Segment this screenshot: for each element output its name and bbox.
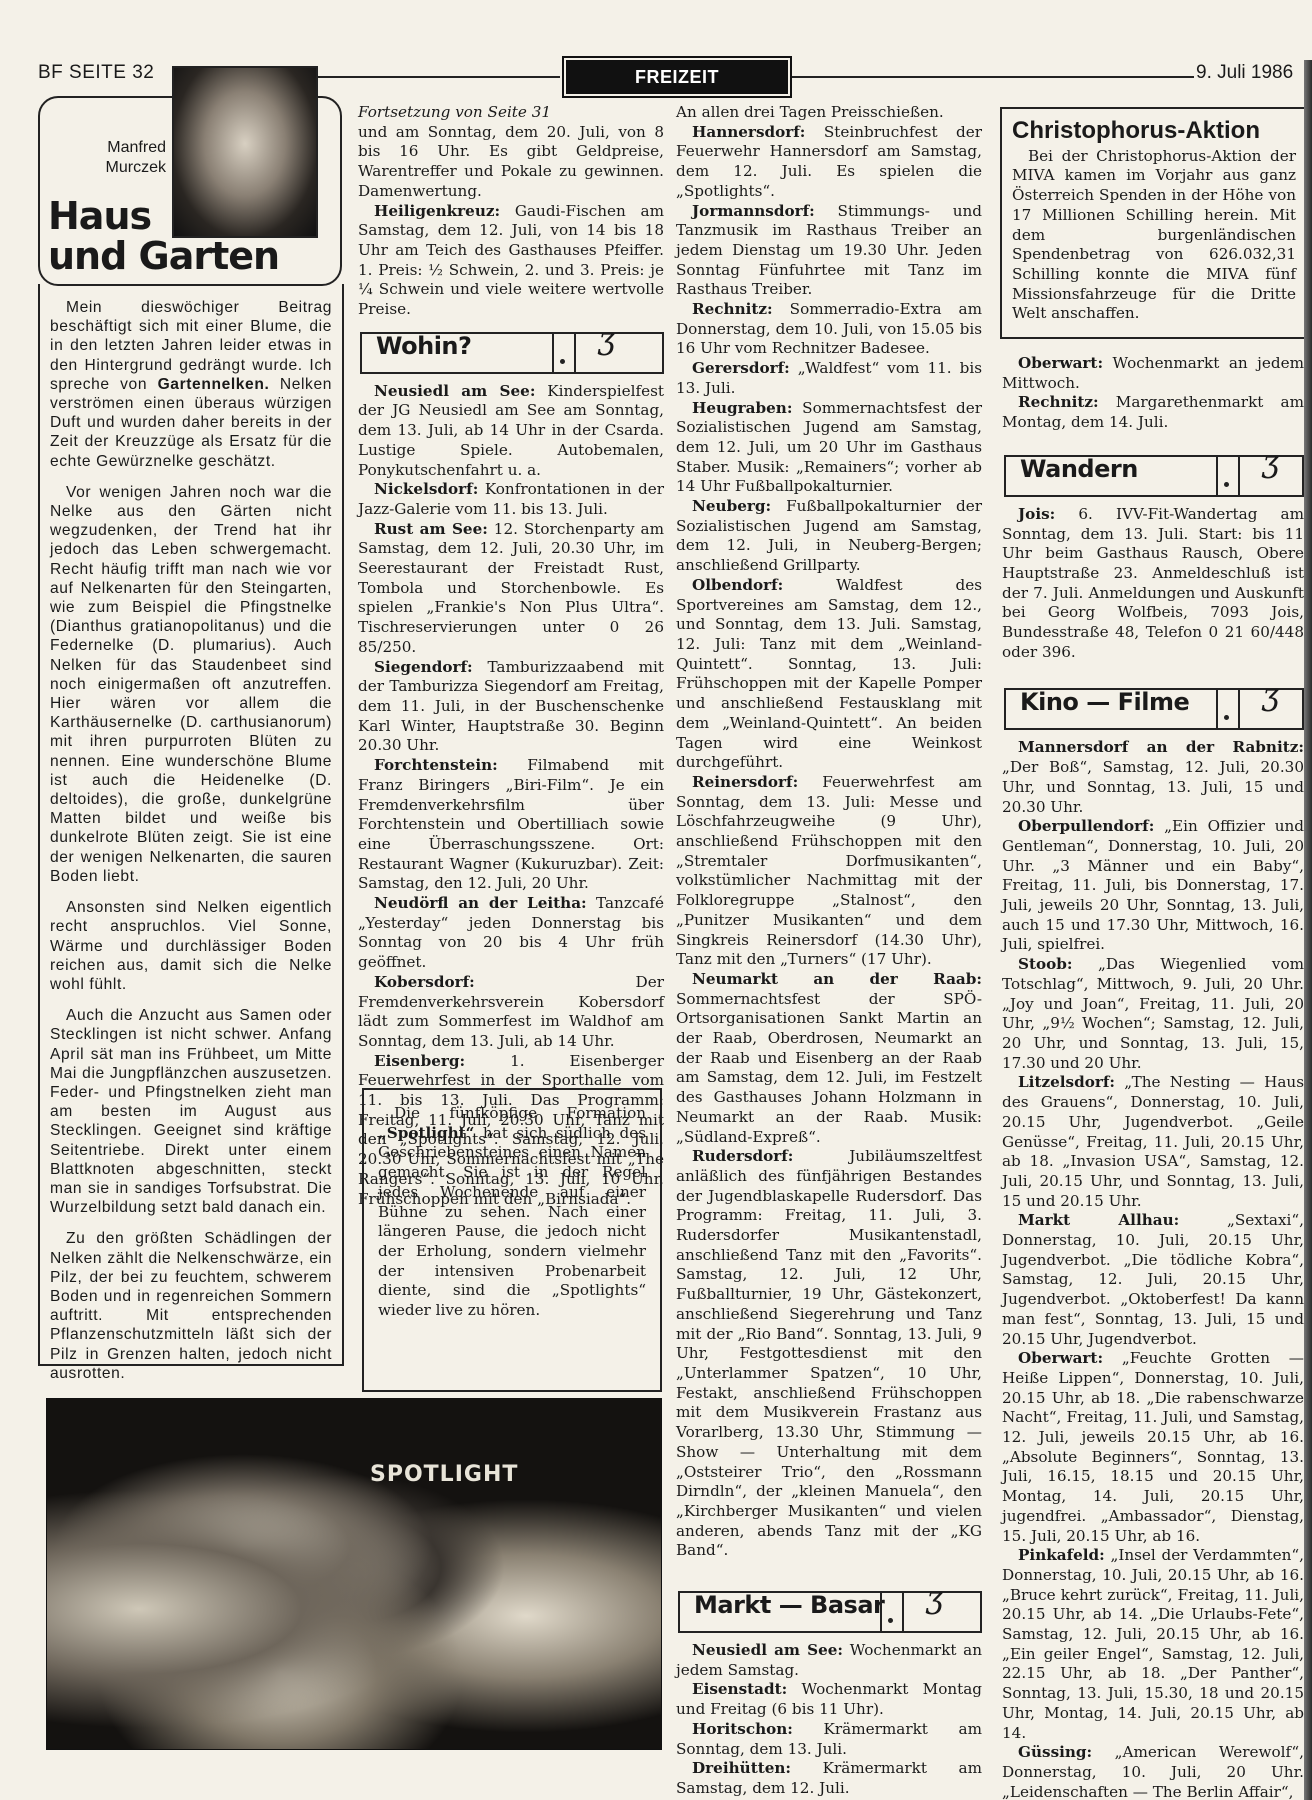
christophorus-box: Christophorus-Aktion Bei der Christophor… xyxy=(1000,107,1308,339)
section-header-kino: Kino — Filme ʒ xyxy=(1004,688,1304,730)
column-title: Haus und Garten xyxy=(48,196,279,276)
event-entry: Rust am See: 12. Storchenparty am Samsta… xyxy=(358,520,664,658)
section-header-wohin: Wohin? ʒ xyxy=(360,332,664,374)
event-entry: Heiligenkreuz: Gaudi-Fischen am Samstag,… xyxy=(358,202,664,320)
continuation-note: Fortsetzung von Seite 31 xyxy=(358,103,664,123)
markt-entries: Neusiedl am See: Wochenmarkt an jedem Sa… xyxy=(676,1641,982,1799)
event-entry: Eisenstadt: Wochenmarkt Montag und Freit… xyxy=(676,1680,982,1719)
event-text: „Der Boß“, Samstag, 12. Juli, 20.30 Uhr,… xyxy=(1002,758,1304,815)
continuation-entries: Heiligenkreuz: Gaudi-Fischen am Samstag,… xyxy=(358,202,664,320)
issue-date: 9. Juli 1986 xyxy=(1196,62,1293,84)
paragraph-text: Vor wenigen Jahren noch war die Nelke au… xyxy=(50,484,332,885)
event-entry: Neuberg: Fußballpokalturnier der Soziali… xyxy=(676,497,982,576)
divider xyxy=(880,1593,882,1631)
divider xyxy=(1216,690,1218,728)
page-edge-shadow xyxy=(1304,60,1312,1800)
divider xyxy=(1216,457,1218,495)
event-place: Heugraben: xyxy=(692,399,792,417)
events-column-2: Fortsetzung von Seite 31 und am Sonntag,… xyxy=(358,103,664,1209)
section-title: Wohin? xyxy=(376,337,471,357)
event-place: Oberwart: xyxy=(1018,354,1103,372)
event-entry: Oberwart: „Feuchte Grotten — Heiße Lippe… xyxy=(1002,1349,1304,1546)
event-place: Dreihütten: xyxy=(692,1759,791,1777)
event-place: Eisenberg: xyxy=(374,1052,465,1070)
event-text: 12. Storchenparty am Samstag, dem 12. Ju… xyxy=(358,520,664,656)
event-entry: Jormannsdorf: Stimmungs- und Tanzmusik i… xyxy=(676,202,982,301)
event-entry: Neusiedl am See: Wochenmarkt an jedem Sa… xyxy=(676,1641,982,1680)
pointing-hand-icon: ʒ xyxy=(598,330,615,350)
event-text: „Sextaxi“, Donnerstag, 10. Juli, 20.15 U… xyxy=(1002,1211,1304,1347)
event-text: Feuerwehrfest am Sonntag, dem 13. Juli: … xyxy=(676,773,982,968)
event-entry: Horitschon: Krämermarkt am Sonntag, dem … xyxy=(676,1720,982,1759)
event-entry: Stoob: „Das Wiegenlied vom Totschlag“, M… xyxy=(1002,955,1304,1073)
event-entry: Nickelsdorf: Konfrontationen in der Jazz… xyxy=(358,480,664,519)
event-place: Mannersdorf an der Rabnitz: xyxy=(1018,738,1304,756)
column-title-line1: Haus xyxy=(48,196,279,236)
event-text: Jubiläumszeltfest anläßlich des fünfjähr… xyxy=(676,1147,982,1559)
wohin-entries-continued: Hannersdorf: Steinbruchfest der Feuerweh… xyxy=(676,123,982,1561)
event-place: Markt Allhau: xyxy=(1018,1211,1179,1229)
event-place: Gerersdorf: xyxy=(692,359,790,377)
event-entry: Dreihütten: Krämermarkt am Samstag, dem … xyxy=(676,1759,982,1798)
event-entry: Oberpullendorf: „Ein Offizier und Gentle… xyxy=(1002,817,1304,955)
article-paragraph: Auch die Anzucht aus Samen oder Stecklin… xyxy=(50,1006,332,1217)
markt-entries-continued: Oberwart: Wochenmarkt an jedem Mittwoch.… xyxy=(1002,354,1304,433)
event-text: Filmabend mit Franz Biringers „Biri-Film… xyxy=(358,756,664,892)
event-text: „The Nesting — Haus des Grauens“, Donner… xyxy=(1002,1073,1304,1209)
event-place: Rudersdorf: xyxy=(692,1147,793,1165)
dot-icon xyxy=(1224,715,1229,720)
wandern-entries: Jois: 6. IVV-Fit-Wandertag am Sonntag, d… xyxy=(1002,505,1304,663)
author-last: Murczek xyxy=(86,158,166,178)
event-place: Horitschon: xyxy=(692,1720,793,1738)
event-entry: Heugraben: Sommernachtsfest der Sozialis… xyxy=(676,399,982,498)
event-place: Rechnitz: xyxy=(692,300,773,318)
event-place: Pinkafeld: xyxy=(1018,1546,1105,1564)
event-entry: Neumarkt an der Raab: Sommernachtsfest d… xyxy=(676,970,982,1147)
event-place: Neusiedl am See: xyxy=(692,1641,843,1659)
event-place: Forchtenstein: xyxy=(374,756,498,774)
header-rule xyxy=(290,76,560,78)
section-label: FREIZEIT xyxy=(566,60,788,94)
event-place: Rechnitz: xyxy=(1018,393,1099,411)
event-entry: Rudersdorf: Jubiläumszeltfest anläßlich … xyxy=(676,1147,982,1561)
event-entry: Oberwart: Wochenmarkt an jedem Mittwoch. xyxy=(1002,354,1304,393)
event-place: Nickelsdorf: xyxy=(374,480,478,498)
event-entry: Mannersdorf an der Rabnitz: „Der Boß“, S… xyxy=(1002,738,1304,817)
event-entry: Rechnitz: Sommerradio-Extra am Donnersta… xyxy=(676,300,982,359)
highlight-term: Gartennelken. xyxy=(158,376,270,393)
event-place: Litzelsdorf: xyxy=(1018,1073,1115,1091)
column-title-line2: und Garten xyxy=(48,236,279,276)
event-place: Jois: xyxy=(1018,505,1055,523)
kino-entries: Mannersdorf an der Rabnitz: „Der Boß“, S… xyxy=(1002,738,1304,1800)
event-place: Neumarkt an der Raab: xyxy=(692,970,982,988)
paragraph-text: Zu den größten Schädlingen der Nelken zä… xyxy=(50,1230,332,1381)
spotlight-box: Die fünfköpfige Formation „Spotlight“ ha… xyxy=(362,1088,662,1392)
event-place: Güssing: xyxy=(1018,1743,1092,1761)
events-column-3: An allen drei Tagen Preisschießen. Hanne… xyxy=(676,103,982,1799)
event-entry: Markt Allhau: „Sextaxi“, Donnerstag, 10.… xyxy=(1002,1211,1304,1349)
paragraph-text: Ansonsten sind Nelken eigentlich recht a… xyxy=(50,899,332,993)
band-name: „Spotlight“ xyxy=(378,1124,474,1142)
event-place: Neusiedl am See: xyxy=(374,382,535,400)
event-entry: Rechnitz: Margarethenmarkt am Montag, de… xyxy=(1002,393,1304,432)
event-entry: Forchtenstein: Filmabend mit Franz Birin… xyxy=(358,756,664,894)
article-paragraph: Zu den größten Schädlingen der Nelken zä… xyxy=(50,1229,332,1383)
event-place: Hannersdorf: xyxy=(692,123,805,141)
pointing-hand-icon: ʒ xyxy=(1262,453,1279,473)
event-entry: Kobersdorf: Der Fremdenverkehrsverein Ko… xyxy=(358,973,664,1052)
event-place: Stoob: xyxy=(1018,955,1072,973)
event-place: Olbendorf: xyxy=(692,576,783,594)
dot-icon xyxy=(560,359,565,364)
article-paragraph: Mein dieswöchiger Beitrag beschäftigt si… xyxy=(50,298,332,471)
divider xyxy=(552,334,554,372)
pointing-hand-icon: ʒ xyxy=(1262,686,1279,706)
section-title: Wandern xyxy=(1020,460,1138,480)
paragraph-text: Auch die Anzucht aus Samen oder Stecklin… xyxy=(50,1007,332,1216)
continuation-text: und am Sonntag, dem 20. Juli, von 8 bis … xyxy=(358,123,664,202)
events-column-4: Oberwart: Wochenmarkt an jedem Mittwoch.… xyxy=(1002,354,1304,1800)
event-entry: Güssing: „American Werewolf“, Donnerstag… xyxy=(1002,1743,1304,1800)
event-text: „Feuchte Grotten — Heiße Lippen“, Donner… xyxy=(1002,1349,1304,1544)
christophorus-title: Christophorus-Aktion xyxy=(1012,121,1306,141)
christophorus-text: Bei der Christophorus-Aktion der MIVA ka… xyxy=(1012,147,1296,324)
divider xyxy=(1238,690,1240,728)
article-paragraph: Ansonsten sind Nelken eigentlich recht a… xyxy=(50,898,332,994)
divider xyxy=(1238,457,1240,495)
event-place: Neudörfl an der Leitha: xyxy=(374,894,587,912)
event-text: Waldfest des Sportvereines am Samstag, d… xyxy=(676,576,982,771)
photo-sign-text: SPOTLIGHT xyxy=(370,1462,518,1487)
event-place: Neuberg: xyxy=(692,497,771,515)
event-text: 6. IVV-Fit-Wandertag am Sonntag, dem 13.… xyxy=(1002,505,1304,661)
event-entry: Neusiedl am See: Kinderspielfest der JG … xyxy=(358,382,664,481)
section-header-wandern: Wandern ʒ xyxy=(1004,455,1304,497)
author-name: Manfred Murczek xyxy=(86,138,166,178)
column-body: Mein dieswöchiger Beitrag beschäftigt si… xyxy=(50,298,332,1395)
author-first: Manfred xyxy=(86,138,166,158)
header-rule xyxy=(792,76,1194,78)
event-entry: Litzelsdorf: „The Nesting — Haus des Gra… xyxy=(1002,1073,1304,1211)
divider xyxy=(902,1593,904,1631)
section-title: Kino — Filme xyxy=(1020,693,1189,713)
event-entry: Neudörfl an der Leitha: Tanzcafé „Yester… xyxy=(358,894,664,973)
event-place: Oberwart: xyxy=(1018,1349,1103,1367)
event-text: Sommernachtsfest der SPÖ-Ortsorganisatio… xyxy=(676,990,982,1146)
band-photo xyxy=(46,1398,662,1750)
event-place: Eisenstadt: xyxy=(692,1680,787,1698)
event-entry: Jois: 6. IVV-Fit-Wandertag am Sonntag, d… xyxy=(1002,505,1304,663)
event-entry: Gerersdorf: „Waldfest“ vom 11. bis 13. J… xyxy=(676,359,982,398)
event-entry: Pinkafeld: „Insel der Verdammten“, Donne… xyxy=(1002,1546,1304,1743)
event-entry: Siegendorf: Tamburizzaabend mit der Tamb… xyxy=(358,658,664,757)
event-place: Siegendorf: xyxy=(374,658,473,676)
spotlight-text: Die fünfköpfige Formation „Spotlight“ ha… xyxy=(364,1090,660,1321)
event-place: Rust am See: xyxy=(374,520,488,538)
event-entry: Olbendorf: Waldfest des Sportvereines am… xyxy=(676,576,982,773)
pointing-hand-icon: ʒ xyxy=(926,1589,943,1609)
page-label: BF SEITE 32 xyxy=(38,62,154,84)
event-place: Kobersdorf: xyxy=(374,973,475,991)
divider xyxy=(574,334,576,372)
event-place: Reinersdorf: xyxy=(692,773,798,791)
dot-icon xyxy=(888,1618,893,1623)
wohin-entries: Neusiedl am See: Kinderspielfest der JG … xyxy=(358,382,664,1210)
article-paragraph: Vor wenigen Jahren noch war die Nelke au… xyxy=(50,483,332,886)
event-text: „Insel der Verdammten“, Donnerstag, 10. … xyxy=(1002,1546,1304,1741)
event-place: Jormannsdorf: xyxy=(692,202,815,220)
spotlight-text-pre: Die fünfköpfige Formation xyxy=(394,1104,646,1122)
dot-icon xyxy=(1224,482,1229,487)
event-place: Oberpullendorf: xyxy=(1018,817,1154,835)
section-title: Markt — Basar xyxy=(694,1596,884,1616)
section-header-markt: Markt — Basar ʒ xyxy=(678,1591,982,1633)
spotlight-text-post: hat sich südlich des Geschriebensteines … xyxy=(378,1124,646,1319)
event-entry: Reinersdorf: Feuerwehrfest am Sonntag, d… xyxy=(676,773,982,970)
event-text: „Ein Offizier und Gentleman“, Donnerstag… xyxy=(1002,817,1304,953)
event-entry: Hannersdorf: Steinbruchfest der Feuerweh… xyxy=(676,123,982,202)
event-place: Heiligenkreuz: xyxy=(374,202,500,220)
lead-text: An allen drei Tagen Preisschießen. xyxy=(676,103,982,123)
